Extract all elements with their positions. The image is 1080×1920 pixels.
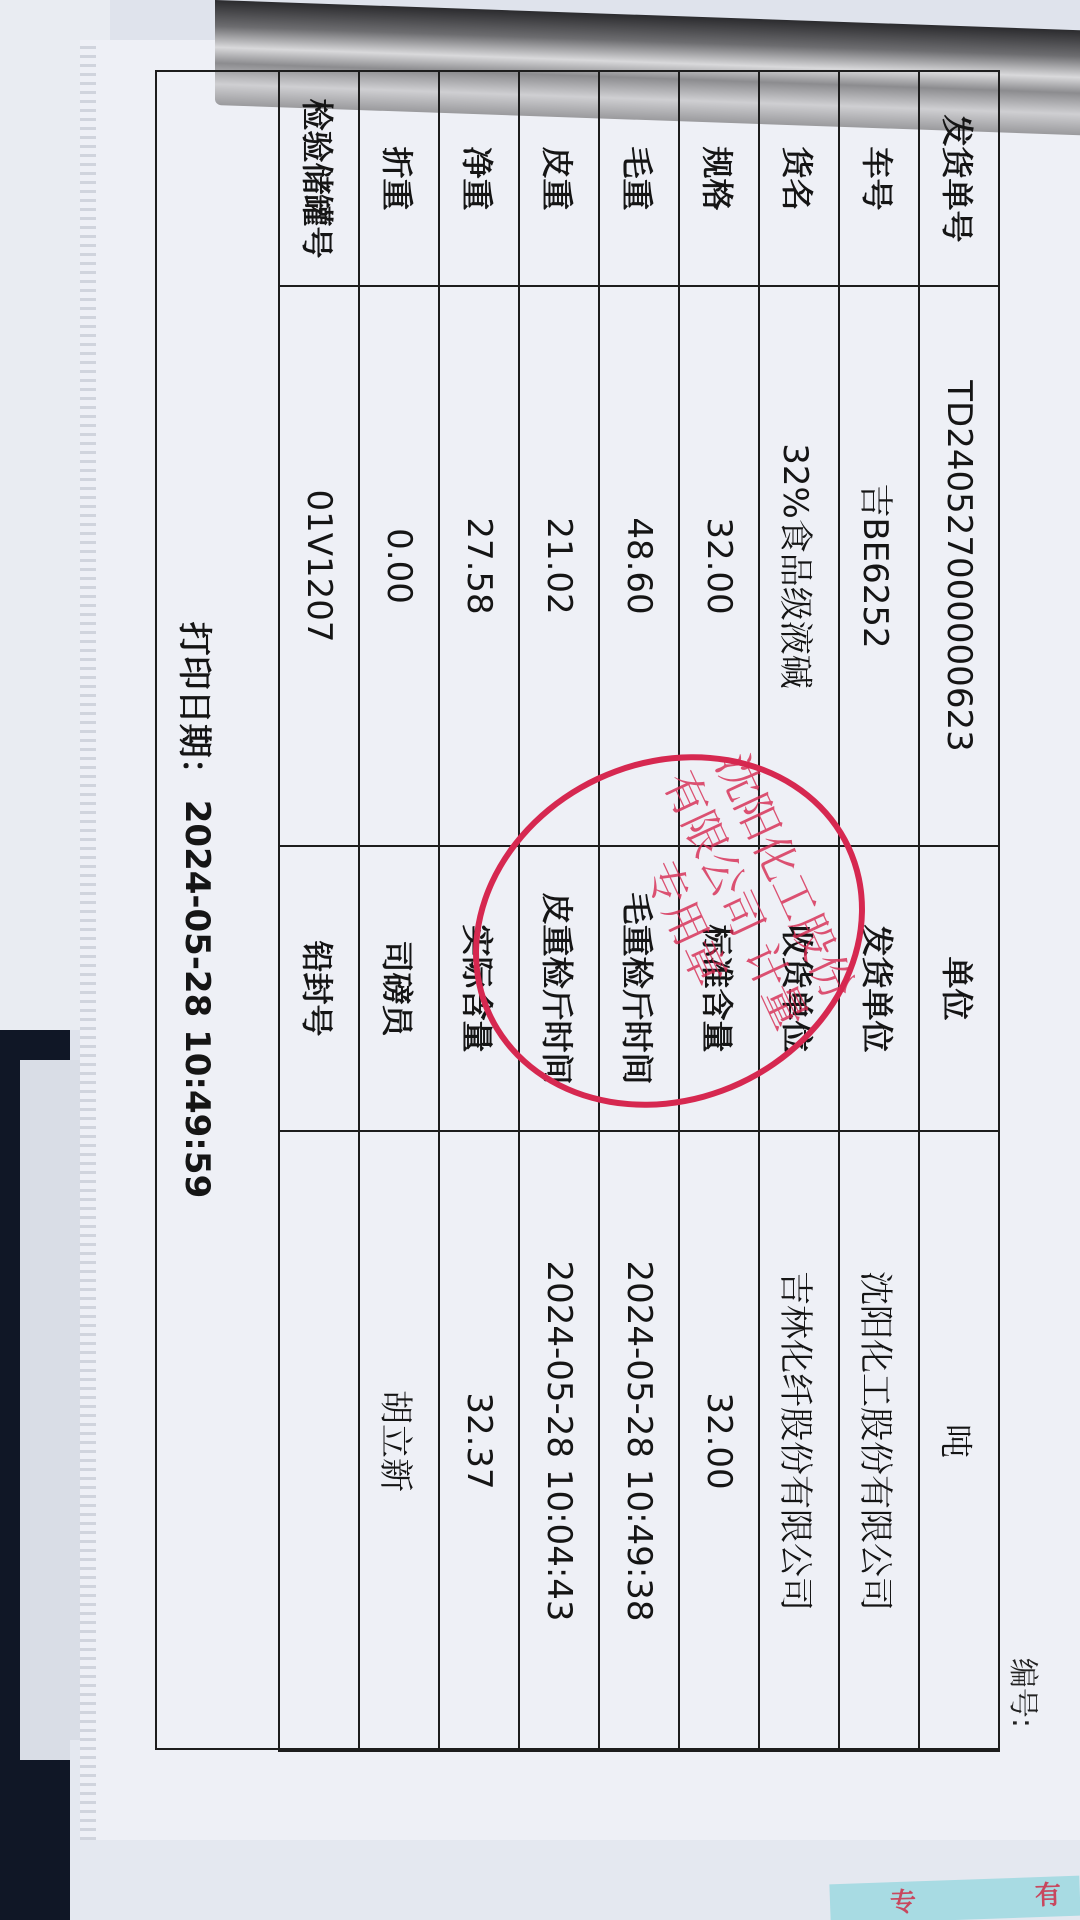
row-value: 吉BE6252 (839, 286, 919, 846)
row-value: 32%食品级液碱 (759, 286, 839, 846)
row-label: 皮重 (519, 71, 599, 286)
row-value: 32.37 (439, 1131, 519, 1751)
row-value: 胡立新 (359, 1131, 439, 1751)
table-row: 车号吉BE6252发货单位沈阳化工股份有限公司 (839, 71, 919, 1751)
row-label: 规格 (679, 71, 759, 286)
sticker-text: 有 (1034, 1874, 1061, 1912)
table-row: 毛重48.60毛重检斤时间2024-05-28 10:49:38 (599, 71, 679, 1751)
row-value: 21.02 (519, 286, 599, 846)
background-sticker: 专 有 (829, 1876, 1080, 1920)
row-label: 单位 (919, 846, 999, 1131)
row-label: 铅封号 (279, 846, 359, 1131)
row-value (279, 1131, 359, 1751)
row-label: 实际含量 (439, 846, 519, 1131)
row-label: 货名 (759, 71, 839, 286)
row-label: 司磅员 (359, 846, 439, 1131)
row-label: 毛重检斤时间 (599, 846, 679, 1131)
table-row: 检验储罐号01V1207铅封号 (279, 71, 359, 1751)
row-value: 01V1207 (279, 286, 359, 846)
sticker-text: 专 (889, 1881, 916, 1919)
table-row: 规格32.00标准含量32.00 (679, 71, 759, 1751)
table-row: 货名32%食品级液碱收货单位吉林化纤股份有限公司 (759, 71, 839, 1751)
row-label: 毛重 (599, 71, 679, 286)
row-label: 净重 (439, 71, 519, 286)
row-value: 48.60 (599, 286, 679, 846)
table-row: 发货单号TD240527000000623单位吨 (919, 71, 999, 1751)
row-value: TD240527000000623 (919, 286, 999, 846)
row-label: 皮重检斤时间 (519, 846, 599, 1131)
row-value: 吨 (919, 1131, 999, 1751)
row-value: 32.00 (679, 1131, 759, 1751)
serial-number-label: 编号: (1004, 1658, 1048, 1728)
table-row: 折重0.00司磅员胡立新 (359, 71, 439, 1751)
print-date: 打印日期： 2024-05-28 10:49:59 (155, 70, 240, 1750)
print-date-value: 2024-05-28 10:49:59 (178, 800, 218, 1198)
row-label: 折重 (359, 71, 439, 286)
torn-edge (80, 40, 96, 1840)
row-label: 发货单位 (839, 846, 919, 1131)
weighbridge-receipt: 编号: 发货单号TD240527000000623单位吨车号吉BE6252发货单… (155, 70, 1000, 1750)
row-value: 2024-05-28 10:49:38 (599, 1131, 679, 1751)
row-value: 32.00 (679, 286, 759, 846)
row-label: 车号 (839, 71, 919, 286)
table-row: 净重27.58实际含量32.37 (439, 71, 519, 1751)
print-date-label: 打印日期： (173, 622, 222, 792)
row-value: 2024-05-28 10:04:43 (519, 1131, 599, 1751)
row-label: 收货单位 (759, 846, 839, 1131)
row-value: 0.00 (359, 286, 439, 846)
row-value: 吉林化纤股份有限公司 (759, 1131, 839, 1751)
row-value: 27.58 (439, 286, 519, 846)
receipt-table: 发货单号TD240527000000623单位吨车号吉BE6252发货单位沈阳化… (278, 70, 1000, 1752)
row-label: 标准含量 (679, 846, 759, 1131)
table-row: 皮重21.02皮重检斤时间2024-05-28 10:04:43 (519, 71, 599, 1751)
row-label: 检验储罐号 (279, 71, 359, 286)
row-value: 沈阳化工股份有限公司 (839, 1131, 919, 1751)
row-label: 发货单号 (919, 71, 999, 286)
